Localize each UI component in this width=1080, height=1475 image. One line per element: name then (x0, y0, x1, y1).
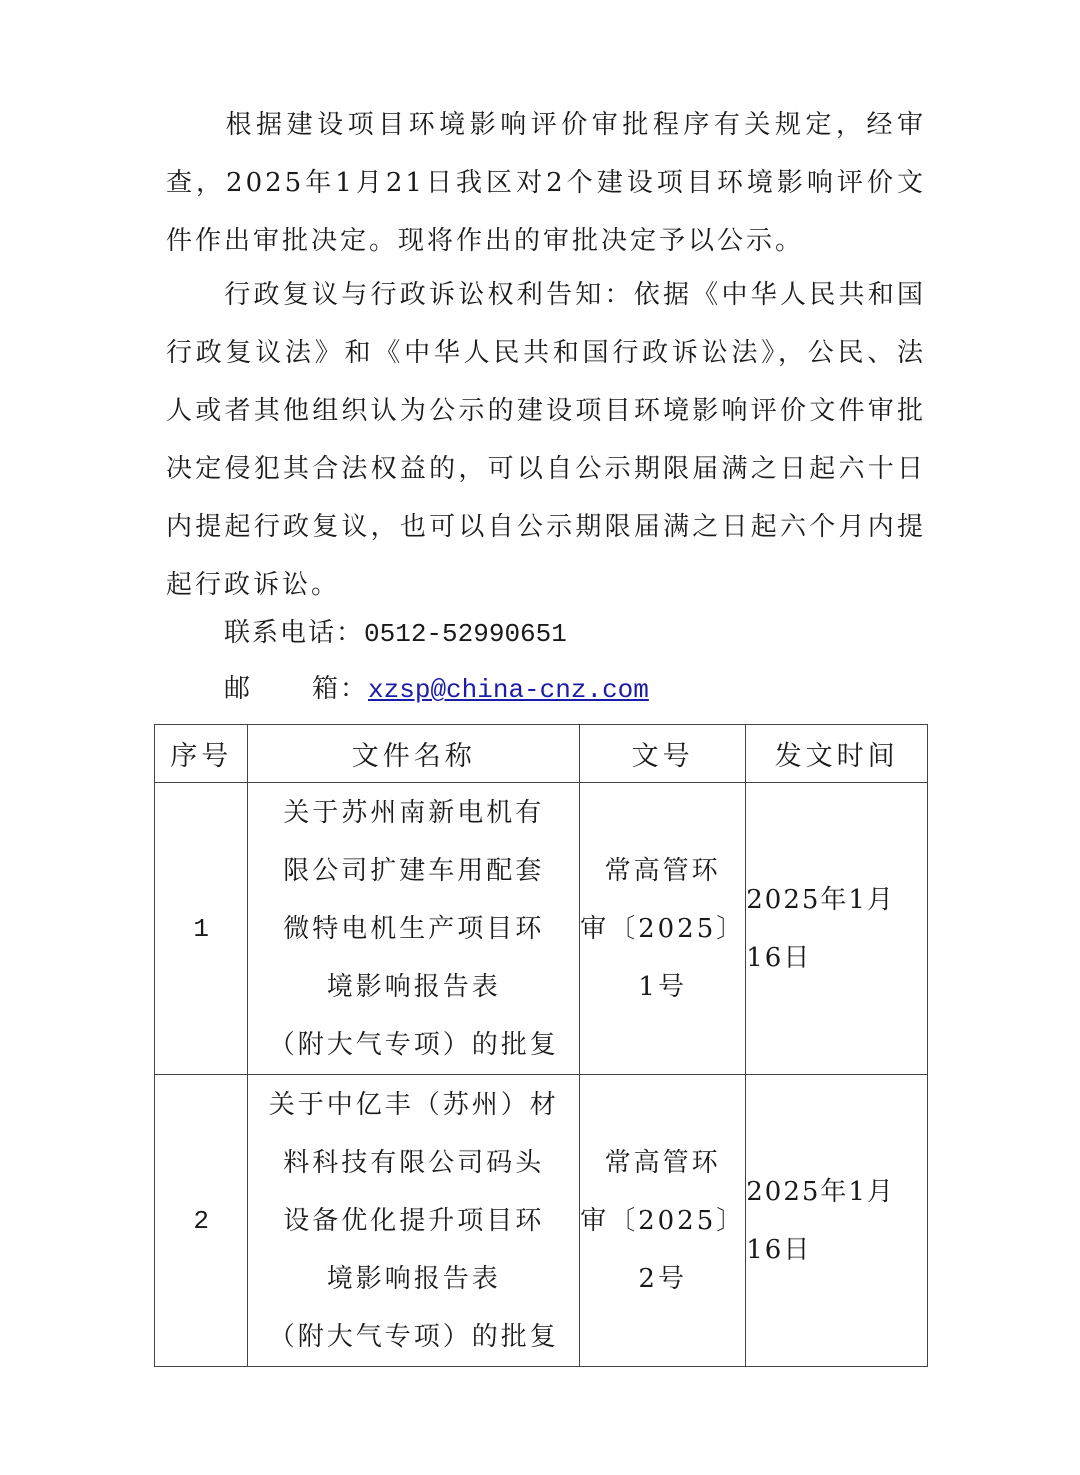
date-line: 16日 (746, 929, 927, 987)
table-header-row: 序号 文件名称 文号 发文时间 (155, 725, 928, 783)
row-index: 1 (155, 783, 248, 1075)
paragraph-legal-rights: 行政复议与行政诉讼权利告知：依据《中华人民共和国行政复议法》和《中华人民共和国行… (166, 266, 926, 614)
document-page: 根据建设项目环境影响评价审批程序有关规定，经审查，2025年1月21日我区对2个… (0, 0, 1080, 1475)
approval-table: 序号 文件名称 文号 发文时间 1 关于苏州南新电机有 限公司扩建车用配套 微特… (154, 724, 928, 1367)
row-doc-number: 常高管环 审〔2025〕 1号 (580, 783, 746, 1075)
row-doc-number: 常高管环 审〔2025〕 2号 (580, 1075, 746, 1367)
header-issue-date: 发文时间 (746, 725, 928, 783)
doc-number-line: 审〔2025〕 (580, 1192, 745, 1250)
phone-number: 0512-52990651 (364, 619, 567, 649)
file-name-line: 料科技有限公司码头 (248, 1134, 579, 1192)
date-line: 2025年1月 (746, 871, 927, 929)
file-name-line: （附大气专项）的批复 (248, 1016, 579, 1074)
contact-email: 邮箱：xzsp@china-cnz.com (224, 668, 649, 705)
doc-number-line: 2号 (580, 1250, 745, 1308)
date-line: 16日 (746, 1221, 927, 1279)
email-label-left: 邮 (224, 674, 252, 704)
file-name-line: 微特电机生产项目环 (248, 900, 579, 958)
paragraph-approval-notice: 根据建设项目环境影响评价审批程序有关规定，经审查，2025年1月21日我区对2个… (166, 96, 926, 270)
date-line: 2025年1月 (746, 1163, 927, 1221)
email-link[interactable]: xzsp@china-cnz.com (368, 675, 649, 705)
phone-label: 联系电话： (224, 618, 364, 648)
row-file-name: 关于苏州南新电机有 限公司扩建车用配套 微特电机生产项目环 境影响报告表 （附大… (248, 783, 580, 1075)
row-issue-date: 2025年1月 16日 (746, 1075, 928, 1367)
header-index: 序号 (155, 725, 248, 783)
doc-number-line: 审〔2025〕 (580, 900, 745, 958)
paragraph-approval-text: 根据建设项目环境影响评价审批程序有关规定，经审查，2025年1月21日我区对2个… (166, 110, 926, 256)
file-name-line: 设备优化提升项目环 (248, 1192, 579, 1250)
file-name-line: 关于苏州南新电机有 (248, 784, 579, 842)
header-file-name: 文件名称 (248, 725, 580, 783)
row-index: 2 (155, 1075, 248, 1367)
file-name-line: 境影响报告表 (248, 1250, 579, 1308)
doc-number-line: 常高管环 (580, 1134, 745, 1192)
file-name-line: 关于中亿丰（苏州）材 (248, 1076, 579, 1134)
row-issue-date: 2025年1月 16日 (746, 783, 928, 1075)
file-name-line: 境影响报告表 (248, 958, 579, 1016)
header-doc-number: 文号 (580, 725, 746, 783)
paragraph-legal-rights-text: 行政复议与行政诉讼权利告知：依据《中华人民共和国行政复议法》和《中华人民共和国行… (166, 280, 926, 600)
doc-number-line: 1号 (580, 958, 745, 1016)
table-row: 2 关于中亿丰（苏州）材 料科技有限公司码头 设备优化提升项目环 境影响报告表 … (155, 1075, 928, 1367)
file-name-line: 限公司扩建车用配套 (248, 842, 579, 900)
file-name-line: （附大气专项）的批复 (248, 1308, 579, 1366)
contact-phone: 联系电话：0512-52990651 (224, 612, 567, 649)
doc-number-line: 常高管环 (580, 842, 745, 900)
email-label-right: 箱： (312, 674, 368, 704)
row-file-name: 关于中亿丰（苏州）材 料科技有限公司码头 设备优化提升项目环 境影响报告表 （附… (248, 1075, 580, 1367)
table-row: 1 关于苏州南新电机有 限公司扩建车用配套 微特电机生产项目环 境影响报告表 （… (155, 783, 928, 1075)
